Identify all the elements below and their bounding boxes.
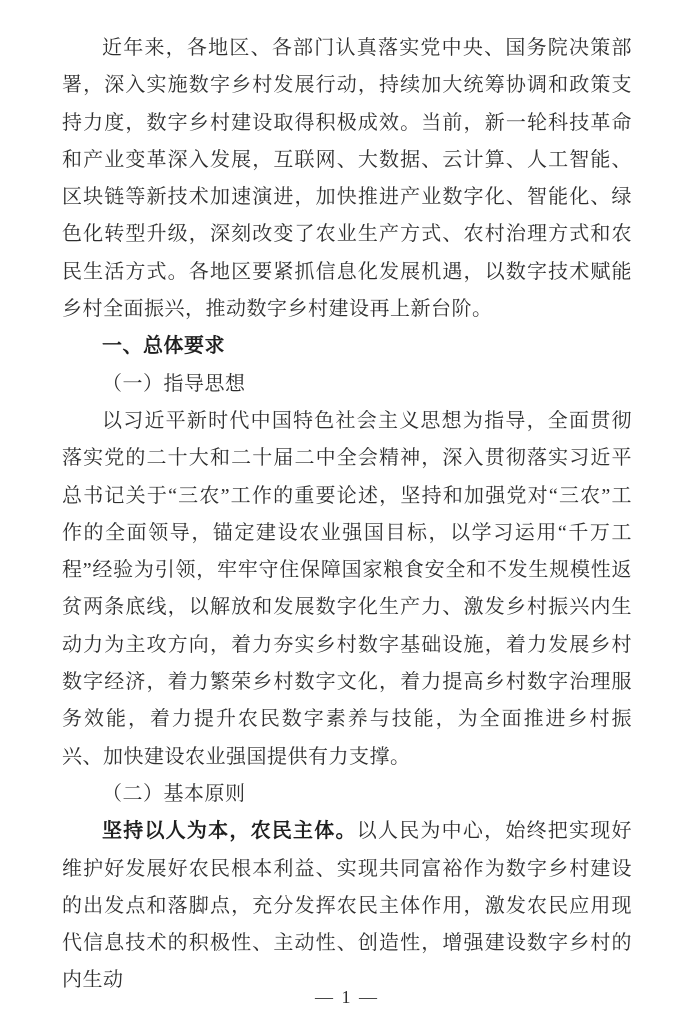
- section-heading-overall-requirements: 一、总体要求: [62, 328, 632, 365]
- intro-paragraph: 近年来，各地区、各部门认真落实党中央、国务院决策部署，深入实施数字乡村发展行动，…: [62, 30, 632, 328]
- subsection-heading-guiding-ideology: （一）指导思想: [62, 366, 632, 403]
- page-number: — 1 —: [0, 987, 694, 1008]
- document-body: 近年来，各地区、各部门认真落实党中央、国务院决策部署，深入实施数字乡村发展行动，…: [0, 0, 694, 1000]
- principle-lead-bold-text: 坚持以人为本，农民主体。: [102, 820, 357, 842]
- principle-body-text: 以人民为中心，始终把实现好维护好发展好农民根本利益、实现共同富裕作为数字乡村建设…: [62, 820, 632, 991]
- guiding-ideology-paragraph: 以习近平新时代中国特色社会主义思想为指导，全面贯彻落实党的二十大和二十届二中全会…: [62, 403, 632, 776]
- basic-principle-paragraph: 坚持以人为本，农民主体。以人民为中心，始终把实现好维护好发展好农民根本利益、实现…: [62, 813, 632, 999]
- subsection-heading-basic-principles: （二）基本原则: [62, 776, 632, 813]
- document-page: 近年来，各地区、各部门认真落实党中央、国务院决策部署，深入实施数字乡村发展行动，…: [0, 0, 694, 1022]
